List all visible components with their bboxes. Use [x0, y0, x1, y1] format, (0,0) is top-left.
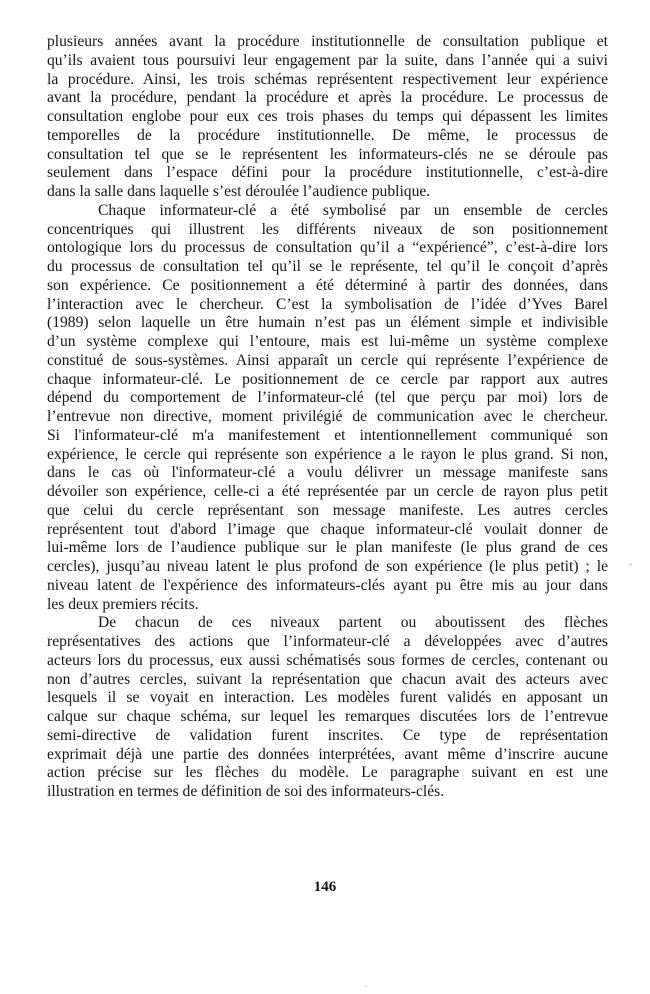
- text-line: niveau latent de l'expérience des inform…: [47, 577, 608, 596]
- text-line: constitué de sous-systèmes. Ainsi appara…: [47, 352, 608, 371]
- paragraph-2: Chaque informateur-clé a été symbolisé p…: [47, 202, 608, 615]
- text-line: l’interaction avec le chercheur. C’est l…: [47, 296, 608, 315]
- text-line: non d’autres cercles, suivant la représe…: [47, 671, 608, 690]
- text-line: ontologique lors du processus de consult…: [47, 239, 608, 258]
- text-line: dans le cas où l'informateur-clé a voulu…: [47, 464, 608, 483]
- scan-speck: [629, 563, 632, 566]
- scan-speck: [365, 985, 367, 987]
- text-line: les deux premiers récits.: [47, 596, 608, 615]
- text-line: consultation tel que se le représentent …: [47, 146, 608, 165]
- text-line: représentent tout d'abord l’image que ch…: [47, 521, 608, 540]
- page-body: plusieurs années avant la procédure inst…: [47, 33, 608, 802]
- text-line: dépend du comportement de l’informateur-…: [47, 389, 608, 408]
- text-line: dévoiler son expérience, celle-ci a été …: [47, 483, 608, 502]
- text-line: Si l'informateur-clé m'a manifestement e…: [47, 427, 608, 446]
- text-line: consultation englobe pour eux ces trois …: [47, 108, 608, 127]
- text-line: chaque informateur-clé. Le positionnemen…: [47, 371, 608, 390]
- text-line: avant la procédure, pendant la procédure…: [47, 89, 608, 108]
- text-line: plusieurs années avant la procédure inst…: [47, 33, 608, 52]
- text-line: semi-directive de validation furent insc…: [47, 727, 608, 746]
- text-line: De chacun de ces niveaux partent ou abou…: [47, 614, 608, 633]
- text-line: lesquels il se voyait en interaction. Le…: [47, 689, 608, 708]
- text-line: concentriques qui illustrent les différe…: [47, 221, 608, 240]
- text-line: que celui du cercle représentant son mes…: [47, 502, 608, 521]
- text-line: temporelles de la procédure institutionn…: [47, 127, 608, 146]
- text-line: Chaque informateur-clé a été symbolisé p…: [47, 202, 608, 221]
- text-line: cercles), jusqu’au niveau latent le plus…: [47, 558, 608, 577]
- text-line: exprimait déjà une partie des données in…: [47, 746, 608, 765]
- paragraph-3: De chacun de ces niveaux partent ou abou…: [47, 614, 608, 802]
- paragraph-1: plusieurs années avant la procédure inst…: [47, 33, 608, 202]
- text-line: représentatives des actions que l’inform…: [47, 633, 608, 652]
- text-line: qu’ils avaient tous poursuivi leur engag…: [47, 52, 608, 71]
- text-line: (1989) selon laquelle un être humain n’e…: [47, 314, 608, 333]
- text-line: son expérience. Ce positionnement a été …: [47, 277, 608, 296]
- page-number: 146: [0, 879, 650, 896]
- text-line: illustration en termes de définition de …: [47, 783, 608, 802]
- text-line: seulement dans l’espace défini pour la p…: [47, 164, 608, 183]
- text-line: d’un système complexe qui l’entoure, mai…: [47, 333, 608, 352]
- text-line: acteurs lors du processus, eux aussi sch…: [47, 652, 608, 671]
- text-line: expérience, le cercle qui représente son…: [47, 446, 608, 465]
- text-line: l’entrevue non directive, moment privilé…: [47, 408, 608, 427]
- text-line: la procédure. Ainsi, les trois schémas r…: [47, 71, 608, 90]
- text-line: dans la salle dans laquelle s’est déroul…: [47, 183, 608, 202]
- text-line: lui-même lors de l’audience publique sur…: [47, 539, 608, 558]
- text-line: calque sur chaque schéma, sur lequel les…: [47, 708, 608, 727]
- text-line: du processus de consultation tel qu’il s…: [47, 258, 608, 277]
- text-line: action précise sur les flèches du modèle…: [47, 764, 608, 783]
